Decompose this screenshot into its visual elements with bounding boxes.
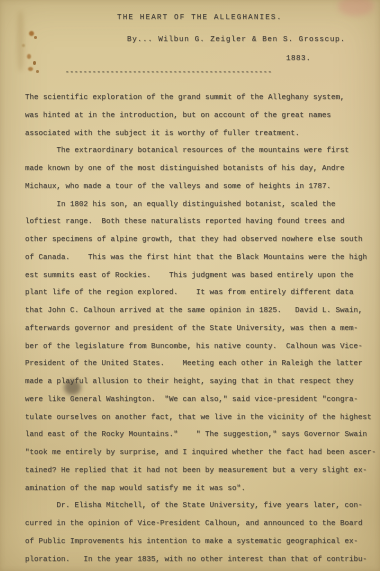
byline: By... Wilbun G. Zeigler & Ben S. Grosscu…: [127, 36, 345, 44]
rust-spot: [34, 36, 37, 39]
paper-stain-streak: [17, 11, 24, 71]
rust-spot: [22, 44, 25, 47]
rust-spot: [28, 67, 33, 71]
pink-smudge: [338, 0, 374, 16]
rust-spot: [27, 54, 31, 59]
rust-spot: [29, 31, 34, 36]
document-page: THE HEART OF THE ALLEGHANIES. By... Wilb…: [0, 0, 380, 571]
page-title: THE HEART OF THE ALLEGHANIES.: [117, 14, 282, 22]
typed-divider: ----------------------------------------…: [65, 69, 272, 77]
rust-spot: [33, 61, 36, 65]
publication-year: 1883.: [286, 55, 311, 63]
rust-spot: [36, 70, 39, 73]
body-text: The scientific exploration of the grand …: [25, 90, 375, 569]
